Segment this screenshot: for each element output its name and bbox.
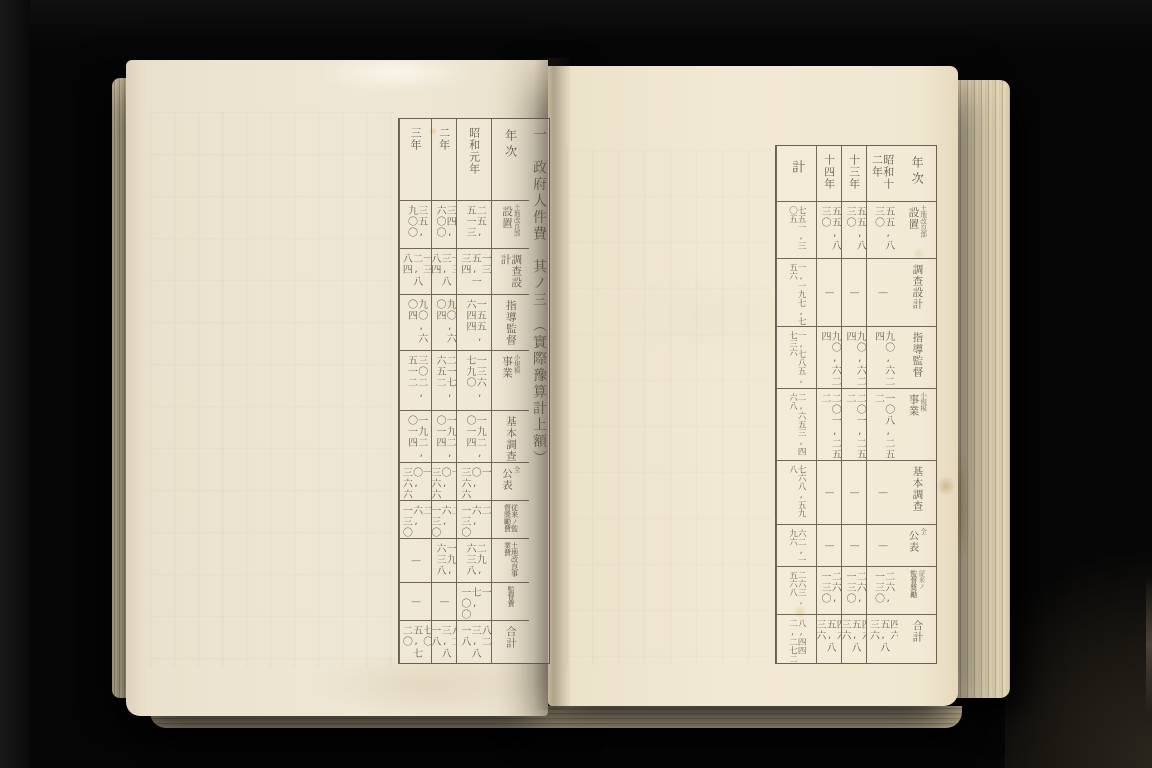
value-text: ― xyxy=(849,488,858,498)
value-cell: 六二,一九六 xyxy=(777,525,816,567)
value-cell: 九〇,六二四 xyxy=(817,327,841,389)
row-header-note: 小規模 xyxy=(920,389,927,412)
value-cell: 二六,一三〇 xyxy=(842,567,866,615)
value-cell: ― xyxy=(432,583,456,621)
value-text: 一九二,〇一四 xyxy=(464,411,484,462)
value-cell: 七六八,五九八 xyxy=(777,461,816,525)
row-header-1: 設置土地改良部 xyxy=(898,202,936,259)
value-text: 一三三,八八四 xyxy=(432,249,456,294)
value-text: 四六五,八三六 xyxy=(842,615,866,663)
row-header-label: 設置 xyxy=(908,202,919,230)
year-label: 昭和元年 xyxy=(468,119,479,175)
value-cell: 二六三,五六八 xyxy=(777,567,816,615)
value-text: 二,六五三,四六八 xyxy=(788,389,805,460)
left-page-table: 一 政府人件費 其ノ三 （實際豫算計上額）年次設置土地改良部調查設計指導監督事業… xyxy=(398,118,550,664)
year-cell: 十四年 xyxy=(817,146,841,202)
year-label: 三年 xyxy=(410,119,421,151)
value-text: 二〇一,二五二 xyxy=(844,389,864,460)
row-header-4: 事業小規模 xyxy=(492,351,529,411)
value-text: 一七,一〇〇 xyxy=(459,583,490,620)
value-cell: 二六,一三〇 xyxy=(867,567,898,615)
row-header-label: 公表 xyxy=(908,525,919,553)
value-cell: 五五,八三〇 xyxy=(842,202,866,259)
value-text: 四六五,八三六 xyxy=(867,615,898,663)
value-text: 八二三,八一八 xyxy=(432,621,456,663)
row-header-3: 指導監督 xyxy=(492,295,529,351)
row-header-4: 事業小規模 xyxy=(898,389,936,461)
value-text: 三四,六〇〇 xyxy=(434,201,454,248)
value-cell: ― xyxy=(817,525,841,567)
value-text: 九〇,六〇四 xyxy=(405,295,425,350)
row-header-7: 従来ノ監督獎勵費 xyxy=(492,501,529,539)
value-cell: ― xyxy=(867,461,898,525)
value-text: ― xyxy=(849,288,858,298)
row-header-label: 事業 xyxy=(908,389,919,417)
row-header-9: 監督費 xyxy=(492,583,529,621)
value-cell: ― xyxy=(842,461,866,525)
value-cell: 一〇,三六六 xyxy=(400,463,431,501)
value-cell: 一九二,〇一四 xyxy=(457,411,491,463)
left-page-bleed-through xyxy=(150,112,395,668)
value-text: 一三六,七九〇 xyxy=(464,351,484,410)
value-cell: 一三二,八八四 xyxy=(400,249,431,295)
value-text: 一,七八五,七三六 xyxy=(788,327,805,388)
row-header-6: 公表全 xyxy=(492,463,529,501)
value-text: 一〇,三六六 xyxy=(432,463,456,500)
value-cell: 一〇,三六六 xyxy=(457,463,491,501)
value-text: 九〇,六二四 xyxy=(872,327,892,388)
row-header-8: 土地改良事業費 xyxy=(492,539,529,583)
row-header-label: 指導監督 xyxy=(505,295,516,346)
row-header-label: 基本調查 xyxy=(505,411,516,462)
value-cell: ― xyxy=(867,259,898,327)
value-text: 一九,六三八 xyxy=(434,539,454,582)
row-header-column: 年次設置土地改良部調查設計指導監督事業小規模基本調查公表全監督獎勵従来ノ合計 xyxy=(898,146,936,663)
row-header-label: 設置 xyxy=(501,201,512,229)
value-text: 八二三,八一八 xyxy=(459,621,490,663)
value-text: 一九二,〇一四 xyxy=(405,411,425,462)
row-header-label: 事業 xyxy=(501,351,512,379)
table-surface-corner xyxy=(1005,520,1152,768)
row-header-note: 土地改良部 xyxy=(920,202,927,238)
row-header-7: 監督獎勵従来ノ xyxy=(898,567,936,615)
row-header-2: 調查設計 xyxy=(898,259,936,327)
value-text: 一三五,一三四 xyxy=(459,249,490,294)
row-header-2: 調查設計 xyxy=(492,249,529,295)
row-header-label: 公表 xyxy=(501,463,512,491)
value-cell: 二〇一,二五二 xyxy=(842,389,866,461)
row-header-8: 合計 xyxy=(898,615,936,663)
data-column-三年: 三年三五,九〇〇一三二,八八四九〇,六〇四三〇二,五一二一九二,〇一四一〇,三六… xyxy=(399,119,431,663)
row-header-6: 公表全 xyxy=(898,525,936,567)
value-text: ― xyxy=(411,556,420,566)
right-page-bleed-through xyxy=(566,150,771,665)
row-header-label: 合計 xyxy=(912,615,923,643)
value-cell: 一九二,〇一四 xyxy=(432,411,456,463)
value-cell: 四六五,八三六 xyxy=(867,615,898,663)
value-cell: 八二三,八一八 xyxy=(457,621,491,663)
row-header-1: 設置土地改良部 xyxy=(492,201,529,249)
value-cell: ― xyxy=(817,259,841,327)
value-cell: 九〇,六二四 xyxy=(867,327,898,389)
year-label: 計 xyxy=(790,146,803,174)
corner-label: 年次 xyxy=(504,119,516,161)
value-text: 一五五,六四四 xyxy=(464,295,484,350)
year-cell: 三年 xyxy=(400,119,431,201)
row-header-note: 全 xyxy=(920,525,927,535)
row-header-note: 小規模 xyxy=(513,351,520,374)
value-text: 七六八,五九八 xyxy=(788,461,805,524)
value-text: 三〇二,五一二 xyxy=(405,351,425,410)
value-cell: 九〇,六〇四 xyxy=(400,295,431,351)
value-text: 九〇,六〇四 xyxy=(434,295,454,350)
value-text: 四六五,八三六 xyxy=(817,615,841,663)
value-cell: 五五,八三〇 xyxy=(867,202,898,259)
row-header-label: 監督費 xyxy=(507,583,514,607)
value-cell: 二九,六三八 xyxy=(457,539,491,583)
year-cell: 二年 xyxy=(432,119,456,201)
value-text: 五五,八三〇 xyxy=(844,202,864,258)
value-cell: 一九,六三八 xyxy=(432,539,456,583)
value-text: 一〇八,二五二 xyxy=(872,389,892,460)
value-cell: ― xyxy=(400,539,431,583)
value-text: 三五,九〇〇 xyxy=(405,201,425,248)
value-cell: 四六五,八三六 xyxy=(817,615,841,663)
value-text: 一〇,三六六 xyxy=(400,463,431,500)
row-header-label: 指導監督 xyxy=(912,327,923,378)
row-header-note: 従来ノ xyxy=(918,567,925,590)
value-cell: 二,六五三,四六八 xyxy=(777,389,816,461)
value-cell: 二五,五一三 xyxy=(457,201,491,249)
value-cell: 三四,六〇〇 xyxy=(432,201,456,249)
value-text: 一三二,八八四 xyxy=(400,249,431,294)
value-text: ― xyxy=(439,597,448,607)
row-header-label: 土地改良事業費 xyxy=(503,539,517,582)
value-cell: 八,四四二,二七二 xyxy=(777,615,816,663)
data-column-二年: 二年三四,六〇〇一三三,八八四九〇,六〇四二一七,六五二一九二,〇一四一〇,三六… xyxy=(431,119,456,663)
value-text: ― xyxy=(878,288,887,298)
right-page-edge-stack xyxy=(950,80,1010,698)
value-cell: 一五五,六四四 xyxy=(457,295,491,351)
value-text: 五五,八三〇 xyxy=(872,202,892,258)
book-photo: 一 政府人件費 其ノ三 （實際豫算計上額）年次設置土地改良部調查設計指導監督事業… xyxy=(0,0,1152,768)
value-text: 二五,五一三 xyxy=(464,201,484,248)
year-label: 十四年 xyxy=(823,146,834,190)
value-cell: 四六五,八三六 xyxy=(842,615,866,663)
corner-label: 年次 xyxy=(911,146,923,188)
value-text: 九〇,六二四 xyxy=(844,327,864,388)
year-cell: 昭和十二年 xyxy=(867,146,898,202)
corner-cell: 年次 xyxy=(898,146,936,202)
value-text: 二九,六三八 xyxy=(464,539,484,582)
value-cell: 七〇五,七二〇 xyxy=(400,621,431,663)
value-cell: 一,一九七,七五六 xyxy=(777,259,816,327)
value-cell: 二〇一,二五二 xyxy=(817,389,841,461)
value-cell: 二一七,六五二 xyxy=(432,351,456,411)
value-cell: 一九二,〇一四 xyxy=(400,411,431,463)
value-text: 一〇,三六六 xyxy=(459,463,490,500)
data-column-十四年: 十四年五五,八三〇―九〇,六二四二〇一,二五二――二六,一三〇四六五,八三六 xyxy=(816,146,841,663)
value-cell: 一三三,八八四 xyxy=(432,249,456,295)
value-text: 二六,一三〇 xyxy=(459,501,490,538)
value-cell: 一,七八五,七三六 xyxy=(777,327,816,389)
year-label: 十三年 xyxy=(848,146,859,190)
year-cell: 十三年 xyxy=(842,146,866,202)
row-header-10: 合計 xyxy=(492,621,529,663)
value-cell: ― xyxy=(842,525,866,567)
value-text: 二六三,五六八 xyxy=(788,567,805,614)
value-cell: 一三五,一三四 xyxy=(457,249,491,295)
row-header-5: 基本調查 xyxy=(898,461,936,525)
value-text: 六二,一九六 xyxy=(788,525,805,566)
value-text: ― xyxy=(849,541,858,551)
table-surface-top-edge xyxy=(0,0,1152,42)
book-gutter-shadow xyxy=(534,58,570,710)
row-header-label: 監督獎勵 xyxy=(910,567,917,598)
table-surface-left-edge xyxy=(0,0,30,768)
corner-cell: 年次 xyxy=(492,119,529,201)
value-text: 七〇五,七二〇 xyxy=(400,621,431,663)
row-header-note: 全 xyxy=(513,463,520,473)
value-cell: 一〇,三六六 xyxy=(432,463,456,501)
year-cell: 昭和元年 xyxy=(457,119,491,201)
value-text: ― xyxy=(878,541,887,551)
row-header-label: 基本調查 xyxy=(912,461,923,512)
value-cell: 七五一,三〇五 xyxy=(777,202,816,259)
value-text: 二六,一三〇 xyxy=(819,567,839,614)
row-header-column: 年次設置土地改良部調查設計指導監督事業小規模基本調查公表全従来ノ監督獎勵費土地改… xyxy=(491,119,529,663)
value-text: 二六,一三〇 xyxy=(432,501,456,538)
data-column-昭和十二年: 昭和十二年五五,八三〇―九〇,六二四一〇八,二五二――二六,一三〇四六五,八三六 xyxy=(866,146,898,663)
value-text: ― xyxy=(824,541,833,551)
value-cell: ― xyxy=(400,583,431,621)
value-cell: ― xyxy=(867,525,898,567)
value-text: 五五,八三〇 xyxy=(819,202,839,258)
row-header-label: 従来ノ監督獎勵費 xyxy=(503,501,517,538)
value-text: ― xyxy=(824,488,833,498)
value-cell: 九〇,六二四 xyxy=(842,327,866,389)
value-text: 一九二,〇一四 xyxy=(434,411,454,462)
value-cell: 一七,一〇〇 xyxy=(457,583,491,621)
value-cell: 二六,一三〇 xyxy=(457,501,491,539)
value-cell: ― xyxy=(842,259,866,327)
row-header-note: 土地改良部 xyxy=(513,201,520,237)
value-text: ― xyxy=(411,597,420,607)
value-text: 二六,一三〇 xyxy=(400,501,431,538)
year-label: 昭和十二年 xyxy=(871,146,893,201)
data-column-十三年: 十三年五五,八三〇―九〇,六二四二〇一,二五二――二六,一三〇四六五,八三六 xyxy=(841,146,866,663)
data-column-昭和元年: 昭和元年二五,五一三一三五,一三四一五五,六四四一三六,七九〇一九二,〇一四一〇… xyxy=(456,119,491,663)
value-cell: 一三六,七九〇 xyxy=(457,351,491,411)
value-cell: 二六,一三〇 xyxy=(400,501,431,539)
value-text: 七五一,三〇五 xyxy=(788,202,805,258)
value-cell: 三五,九〇〇 xyxy=(400,201,431,249)
value-text: 一,一九七,七五六 xyxy=(788,259,805,326)
value-text: 二一七,六五二 xyxy=(434,351,454,410)
value-text: 八,四四二,二七二 xyxy=(788,615,805,663)
value-text: 二六,一三〇 xyxy=(872,567,892,614)
row-header-5: 基本調查 xyxy=(492,411,529,463)
value-text: 二〇一,二五二 xyxy=(819,389,839,460)
value-cell: 二六,一三〇 xyxy=(817,567,841,615)
value-cell: ― xyxy=(817,461,841,525)
value-text: 二六,一三〇 xyxy=(844,567,864,614)
value-cell: 三〇二,五一二 xyxy=(400,351,431,411)
table-surface-right-sliver xyxy=(1146,575,1152,715)
value-cell: 八二三,八一八 xyxy=(432,621,456,663)
row-header-label: 合計 xyxy=(505,621,516,649)
value-cell: 九〇,六〇四 xyxy=(432,295,456,351)
row-header-label: 調查設計 xyxy=(500,249,521,294)
year-cell: 計 xyxy=(777,146,816,202)
value-cell: 五五,八三〇 xyxy=(817,202,841,259)
value-text: 九〇,六二四 xyxy=(819,327,839,388)
right-page-table: 年次設置土地改良部調查設計指導監督事業小規模基本調查公表全監督獎勵従来ノ合計昭和… xyxy=(775,145,937,664)
value-text: ― xyxy=(878,488,887,498)
year-label: 二年 xyxy=(438,119,449,151)
value-text: ― xyxy=(824,288,833,298)
value-cell: 一〇八,二五二 xyxy=(867,389,898,461)
value-cell: 二六,一三〇 xyxy=(432,501,456,539)
row-header-label: 調查設計 xyxy=(912,259,923,310)
row-header-3: 指導監督 xyxy=(898,327,936,389)
data-column-計: 計七五一,三〇五一,一九七,七五六一,七八五,七三六二,六五三,四六八七六八,五… xyxy=(776,146,816,663)
